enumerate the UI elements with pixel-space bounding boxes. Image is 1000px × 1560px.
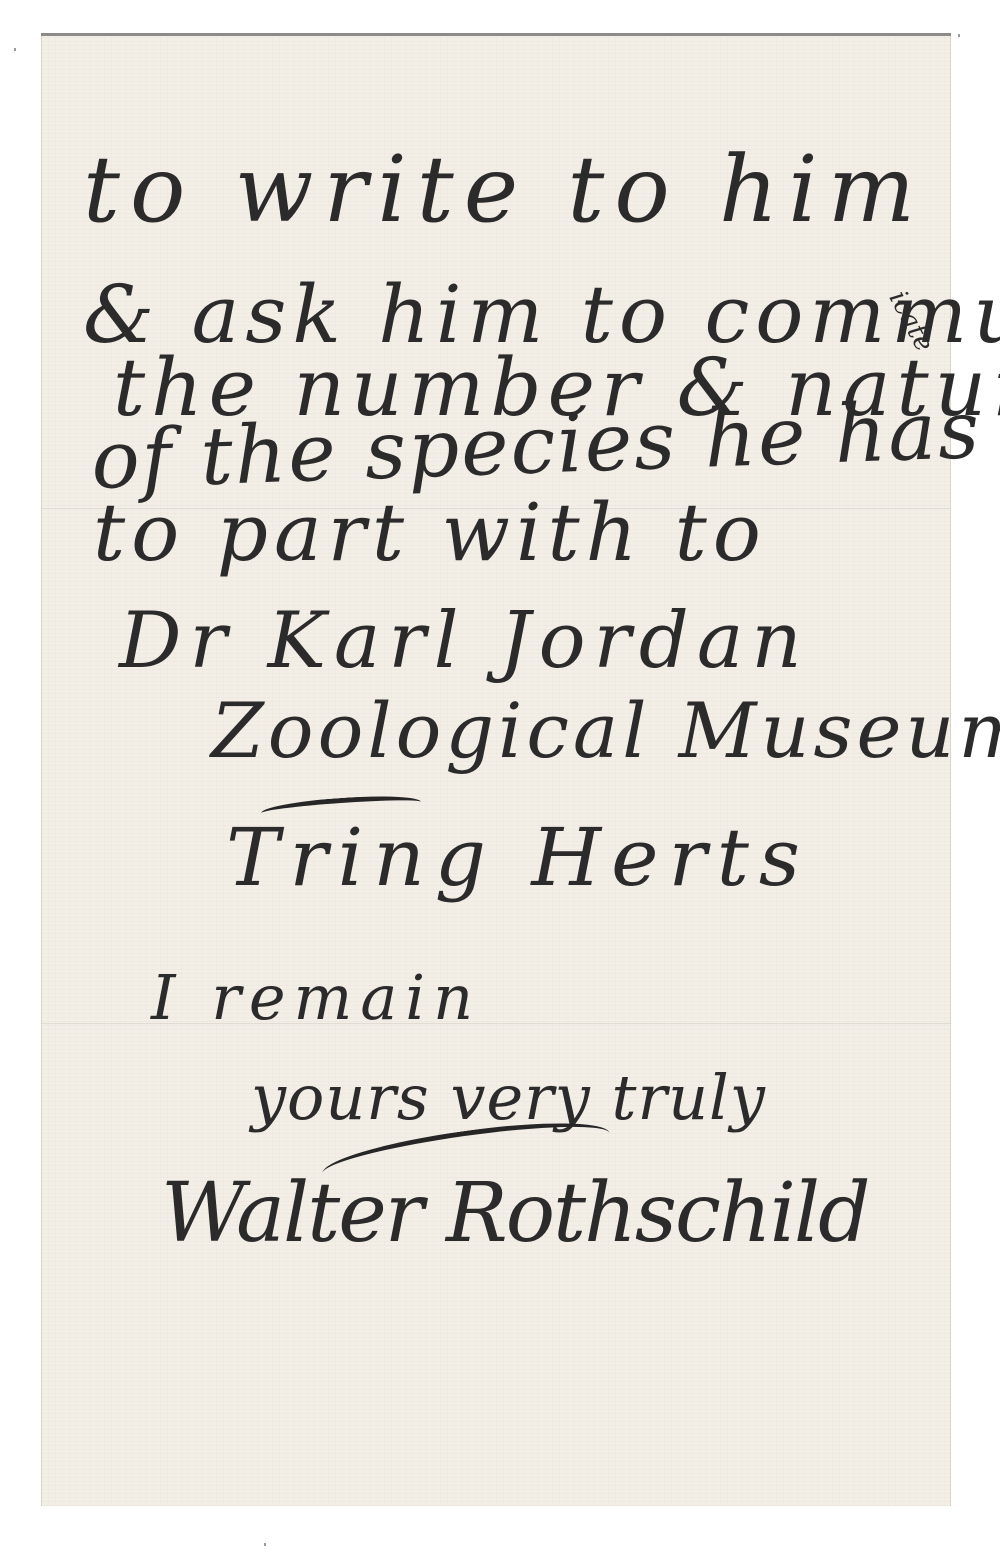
address-place: Tring Herts [226,811,810,904]
letter-line: to part with to [93,486,767,579]
address-name: Dr Karl Jordan [119,596,810,686]
scan-speck [958,34,960,37]
letter-line: to write to him [83,136,925,243]
scan-speck [264,1543,266,1546]
closing-salutation: I remain [151,961,481,1034]
signature: Walter Rothschild [161,1166,869,1261]
letter-page: to write to him & ask him to commun icat… [41,33,951,1506]
scan-speck [14,48,16,51]
address-institution: Zoological Museum [211,686,1000,775]
closing-valediction: yours very truly [251,1061,766,1134]
